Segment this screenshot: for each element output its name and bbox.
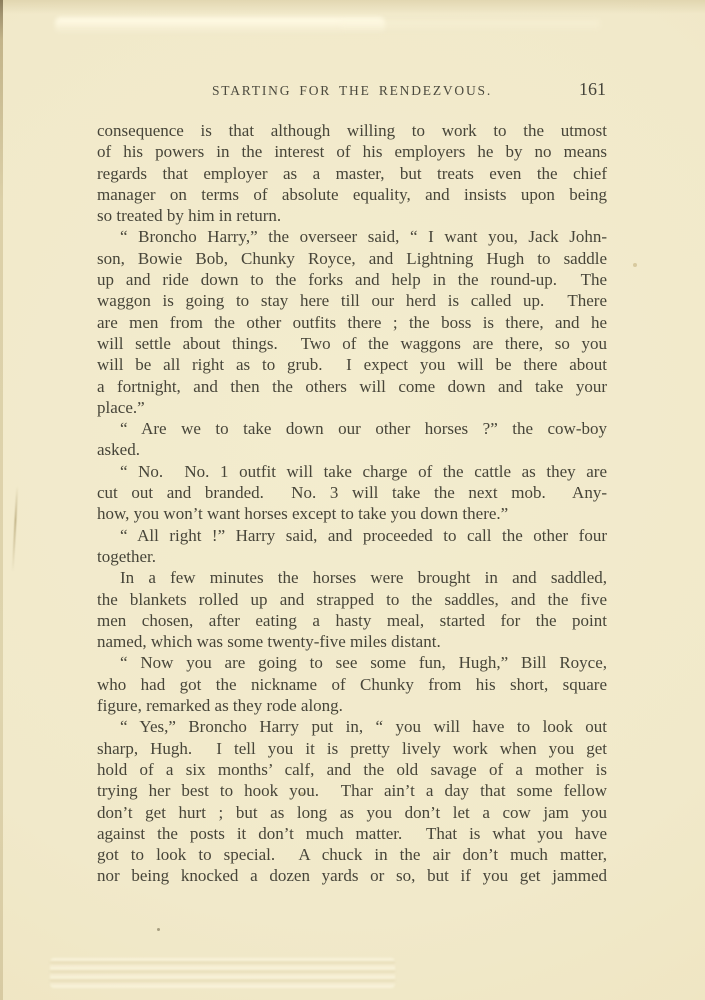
text-line: manager on terms of absolute equality, a… [97, 184, 607, 205]
text-line: “ Now you are going to see some fun, Hug… [97, 652, 607, 673]
text-line: together. [97, 546, 607, 567]
text-line: will settle about things. Two of the wag… [97, 333, 607, 354]
page-header: STARTING FOR THE RENDEZVOUS. 161 [97, 79, 607, 103]
text-line: In a few minutes the horses were brought… [97, 567, 607, 588]
scan-top-shadow [0, 0, 705, 14]
text-line: against the posts it don’t much matter. … [97, 823, 607, 844]
text-line: how, you won’t want horses except to tak… [97, 503, 607, 524]
text-line: “ All right !” Harry said, and proceeded… [97, 525, 607, 546]
text-line: “ Broncho Harry,” the overseer said, “ I… [97, 226, 607, 247]
text-line: are men from the other outfits there ; t… [97, 312, 607, 333]
text-line: a fortnight, and then the others will co… [97, 376, 607, 397]
text-line: the blankets rolled up and strapped to t… [97, 589, 607, 610]
text-line: figure, remarked as they rode along. [97, 695, 607, 716]
paragraph: “ Broncho Harry,” the overseer said, “ I… [97, 226, 607, 418]
text-line: hold of a six months’ calf, and the old … [97, 759, 607, 780]
paper-speck [633, 263, 637, 267]
text-line: “ Yes,” Broncho Harry put in, “ you will… [97, 716, 607, 737]
page-left-edge [0, 0, 3, 1000]
text-line: regards that employer as a master, but t… [97, 163, 607, 184]
text-line: will be all right as to grub. I expect y… [97, 354, 607, 375]
text-line: of his powers in the interest of his emp… [97, 141, 607, 162]
scan-streak-top [55, 17, 385, 35]
text-line: so treated by him in return. [97, 205, 607, 226]
text-line: got to look to special. A chuck in the a… [97, 844, 607, 865]
paragraph: “ Yes,” Broncho Harry put in, “ you will… [97, 716, 607, 886]
paper-crease [12, 486, 18, 572]
text-line: sharp, Hugh. I tell you it is pretty liv… [97, 738, 607, 759]
paragraph: consequence is that although willing to … [97, 120, 607, 226]
paragraph: “ Now you are going to see some fun, Hug… [97, 652, 607, 716]
text-line: waggon is going to stay here till our he… [97, 290, 607, 311]
scan-streak-top-ext [340, 20, 600, 32]
paragraph: “ No. No. 1 outfit will take charge of t… [97, 461, 607, 525]
text-line: trying her best to hook you. Thar ain’t … [97, 780, 607, 801]
text-line: cut out and branded. No. 3 will take the… [97, 482, 607, 503]
scan-streak-bottom [50, 958, 395, 988]
text-line: place.” [97, 397, 607, 418]
paragraph: In a few minutes the horses were brought… [97, 567, 607, 652]
body-text: consequence is that although willing to … [97, 120, 607, 887]
running-title: STARTING FOR THE RENDEZVOUS. [97, 79, 607, 99]
book-page-scan: STARTING FOR THE RENDEZVOUS. 161 consequ… [0, 0, 705, 1000]
text-line: “ No. No. 1 outfit will take charge of t… [97, 461, 607, 482]
text-line: up and ride down to the forks and help i… [97, 269, 607, 290]
text-line: son, Bowie Bob, Chunky Royce, and Lightn… [97, 248, 607, 269]
paper-speck [157, 928, 160, 931]
text-line: asked. [97, 439, 607, 460]
text-line: men chosen, after eating a hasty meal, s… [97, 610, 607, 631]
text-line: named, which was some twenty-five miles … [97, 631, 607, 652]
paragraph: “ Are we to take down our other horses ?… [97, 418, 607, 461]
text-line: don’t get hurt ; but as long as you don’… [97, 802, 607, 823]
text-line: who had got the nickname of Chunky from … [97, 674, 607, 695]
paragraph: “ All right !” Harry said, and proceeded… [97, 525, 607, 568]
text-line: consequence is that although willing to … [97, 120, 607, 141]
text-line: nor being knocked a dozen yards or so, b… [97, 865, 607, 886]
page-number: 161 [579, 79, 606, 100]
text-line: “ Are we to take down our other horses ?… [97, 418, 607, 439]
